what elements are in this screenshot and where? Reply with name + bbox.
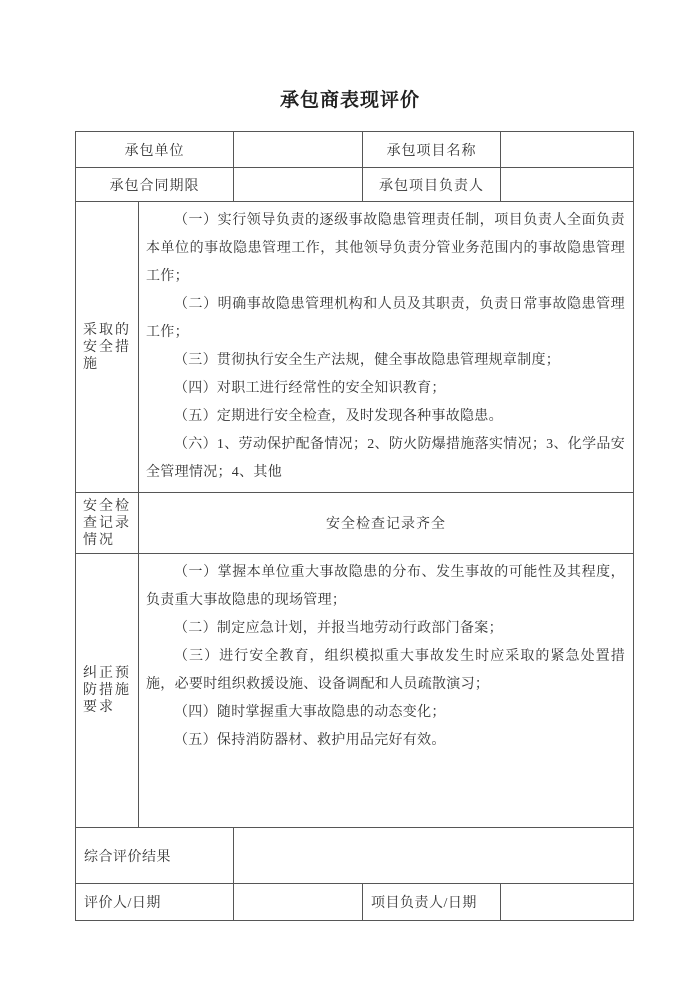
project-name-label: 承包项目名称: [363, 132, 501, 168]
safety-measures-content: （一）实行领导负责的逐级事故隐患管理责任制，项目负责人全面负责本单位的事故隐患管…: [139, 202, 634, 493]
page-title: 承包商表现评价: [0, 0, 700, 112]
overall-result-value: [234, 828, 634, 884]
safety-measure-item: （六）1、劳动保护配备情况；2、防火防爆措施落实情况；3、化学品安全管理情况；4…: [146, 431, 625, 487]
project-manager-value: [501, 168, 634, 202]
table-row: 采取的安全措施 （一）实行领导负责的逐级事故隐患管理责任制，项目负责人全面负责本…: [76, 202, 634, 493]
inspection-record-label: 安全检查记录情况: [76, 493, 139, 554]
corrective-measures-content: （一）掌握本单位重大事故隐患的分布、发生事故的可能性及其程度，负责重大事故隐患的…: [139, 554, 634, 828]
corrective-measure-item: （三）进行安全教育，组织模拟重大事故发生时应采取的紧急处置措施，必要时组织救援设…: [146, 643, 625, 699]
manager-sign-date-label: 项目负责人/日期: [363, 884, 501, 921]
contract-period-value: [234, 168, 363, 202]
evaluator-date-value: [234, 884, 363, 921]
safety-measure-item: （五）定期进行安全检查，及时发现各种事故隐患。: [146, 403, 625, 431]
contract-period-label: 承包合同期限: [76, 168, 234, 202]
corrective-measure-item: （一）掌握本单位重大事故隐患的分布、发生事故的可能性及其程度，负责重大事故隐患的…: [146, 559, 625, 615]
table-row: 综合评价结果: [76, 828, 634, 884]
project-name-value: [501, 132, 634, 168]
contract-unit-label: 承包单位: [76, 132, 234, 168]
contract-unit-value: [234, 132, 363, 168]
safety-measure-item: （二）明确事故隐患管理机构和人员及其职责，负责日常事故隐患管理工作；: [146, 291, 625, 347]
safety-measures-label: 采取的安全措施: [76, 202, 139, 493]
table-row: 纠正预防措施要求 （一）掌握本单位重大事故隐患的分布、发生事故的可能性及其程度，…: [76, 554, 634, 828]
evaluator-date-label: 评价人/日期: [76, 884, 234, 921]
overall-result-label: 综合评价结果: [76, 828, 234, 884]
table-row: 承包合同期限 承包项目负责人: [76, 168, 634, 202]
table-row: 评价人/日期 项目负责人/日期: [76, 884, 634, 921]
safety-measure-item: （一）实行领导负责的逐级事故隐患管理责任制，项目负责人全面负责本单位的事故隐患管…: [146, 207, 625, 291]
safety-measure-item: （三）贯彻执行安全生产法规，健全事故隐患管理规章制度；: [146, 347, 625, 375]
safety-measure-item: （四）对职工进行经常性的安全知识教育；: [146, 375, 625, 403]
table-row: 安全检查记录情况 安全检查记录齐全: [76, 493, 634, 554]
manager-sign-date-value: [501, 884, 634, 921]
inspection-record-value: 安全检查记录齐全: [139, 493, 634, 554]
evaluation-table: 承包单位 承包项目名称 承包合同期限 承包项目负责人 采取的安全措施 （一）实行…: [75, 131, 634, 921]
corrective-measures-label: 纠正预防措施要求: [76, 554, 139, 828]
table-row: 承包单位 承包项目名称: [76, 132, 634, 168]
corrective-measure-item: （二）制定应急计划，并报当地劳动行政部门备案；: [146, 615, 625, 643]
corrective-measure-item: （四）随时掌握重大事故隐患的动态变化；: [146, 699, 625, 727]
project-manager-label: 承包项目负责人: [363, 168, 501, 202]
corrective-measure-item: （五）保持消防器材、救护用品完好有效。: [146, 727, 625, 755]
document-page: 承包商表现评价 承包单位 承包项目名称 承包合同期限 承包项目负责人 采取的安全…: [0, 0, 700, 921]
